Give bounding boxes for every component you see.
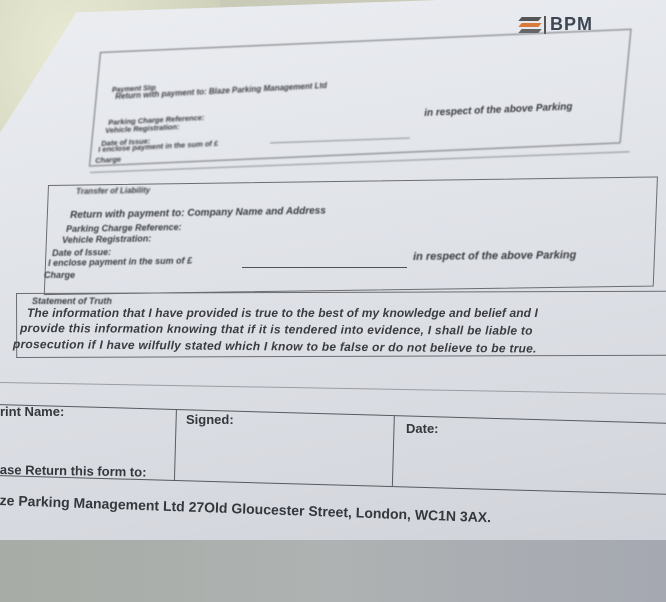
- background-surface: [0, 540, 666, 602]
- transfer-liability-field-registration: Vehicle Registration:: [62, 233, 151, 245]
- date-field[interactable]: Date:: [406, 421, 439, 436]
- bpm-logo-mark-icon: [520, 17, 540, 33]
- signature-cell-divider: [392, 416, 395, 486]
- transfer-liability-charge: Charge: [44, 270, 75, 280]
- statement-of-truth-line-2: provide this information knowing that if…: [20, 321, 533, 338]
- logo-divider: [544, 16, 546, 34]
- statement-of-truth-line-1: The information that I have provided is …: [27, 306, 538, 320]
- signed-field[interactable]: Signed:: [186, 412, 234, 427]
- transfer-liability-enclose-suffix: in respect of the above Parking: [413, 249, 576, 263]
- payment-slip-charge: Charge: [95, 155, 121, 165]
- print-name-field[interactable]: rint Name:: [0, 404, 64, 419]
- transfer-liability-amount-field[interactable]: [242, 267, 407, 268]
- transfer-liability-field-reference: Parking Charge Reference:: [66, 222, 182, 234]
- statement-of-truth-title: Statement of Truth: [32, 296, 112, 306]
- signature-cell-divider: [174, 410, 177, 480]
- return-form-label: ase Return this form to:: [0, 462, 147, 480]
